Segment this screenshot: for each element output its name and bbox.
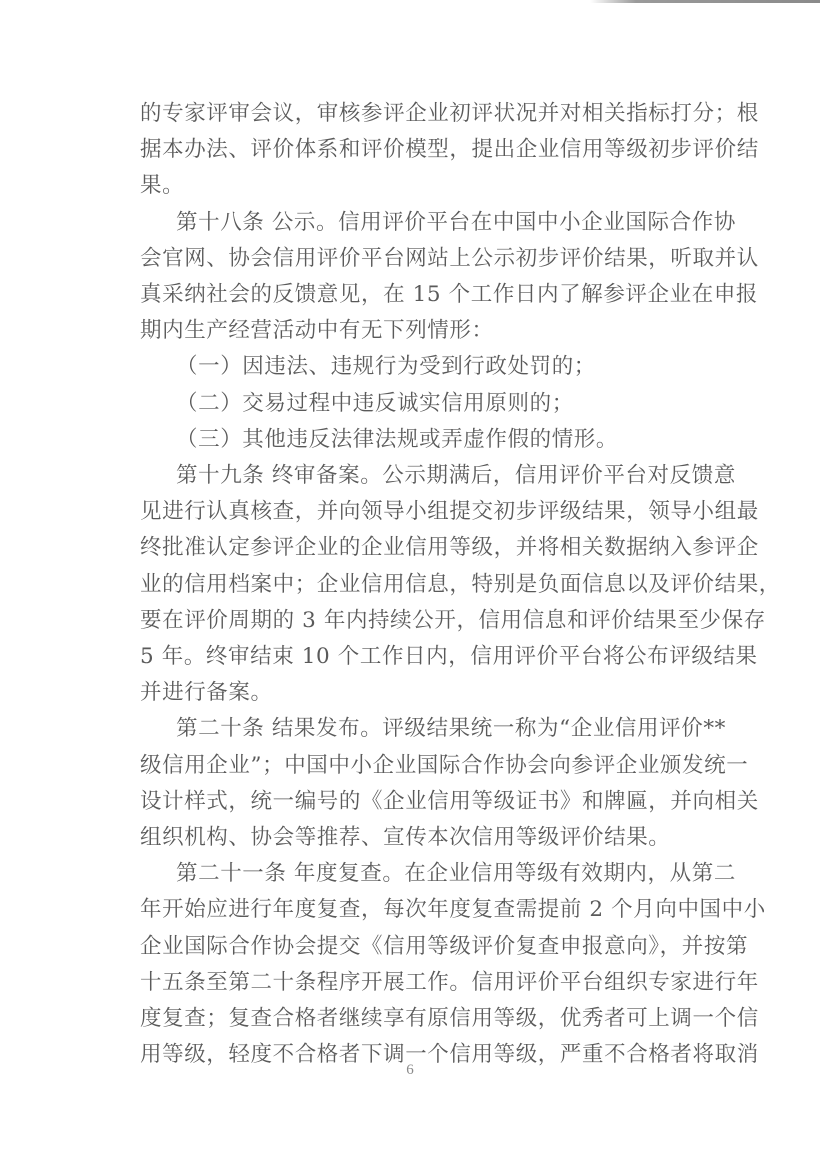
list-item-1: （一）因违法、违规行为受到行政处罚的； — [140, 349, 706, 385]
document-page: 的专家评审会议，审核参评企业初评状况并对相关指标打分；根 据本办法、评价体系和评… — [140, 96, 706, 1073]
paragraph-article-18: 第十八条 公示。信用评价平台在中国中小企业国际合作协 会官网、协会信用评价平台网… — [140, 205, 706, 350]
text-line: 十五条至第二十条程序开展工作。信用评价平台组织专家进行年 — [140, 965, 706, 1001]
text-line: 第十九条 终审备案。公示期满后，信用评价平台对反馈意 — [140, 458, 706, 494]
text-line: 果。 — [140, 168, 706, 204]
text-line: 年开始应进行年度复查，每次年度复查需提前 2 个月向中国中小 — [140, 892, 706, 928]
text-line: 见进行认真核查，并向领导小组提交初步评级结果，领导小组最 — [140, 494, 706, 530]
text-line: 级信用企业”；中国中小企业国际合作协会向参评企业颁发统一 — [140, 748, 706, 784]
text-line: 终批准认定参评企业的企业信用等级，并将相关数据纳入参评企 — [140, 530, 706, 566]
text-line: 据本办法、评价体系和评价模型，提出企业信用等级初步评价结 — [140, 132, 706, 168]
list-item-2: （二）交易过程中违反诚实信用原则的； — [140, 386, 706, 422]
page-number: 6 — [0, 1062, 820, 1079]
paragraph-article-20: 第二十条 结果发布。评级结果统一称为“企业信用评价** 级信用企业”；中国中小企… — [140, 711, 706, 856]
text-line: 企业国际合作协会提交《信用等级评价复查申报意向》，并按第 — [140, 929, 706, 965]
text-line: 第十八条 公示。信用评价平台在中国中小企业国际合作协 — [140, 205, 706, 241]
text-line: 并进行备案。 — [140, 675, 706, 711]
paragraph-article-17-continued: 的专家评审会议，审核参评企业初评状况并对相关指标打分；根 据本办法、评价体系和评… — [140, 96, 706, 205]
text-line: （一）因违法、违规行为受到行政处罚的； — [176, 349, 706, 385]
paragraph-article-19: 第十九条 终审备案。公示期满后，信用评价平台对反馈意 见进行认真核查，并向领导小… — [140, 458, 706, 711]
text-line: 期内生产经营活动中有无下列情形： — [140, 313, 706, 349]
text-line: 的专家评审会议，审核参评企业初评状况并对相关指标打分；根 — [140, 96, 706, 132]
text-line: 要在评价周期的 3 年内持续公开，信用信息和评价结果至少保存 — [140, 603, 706, 639]
scan-edge-shadow — [590, 0, 820, 3]
text-line: 真采纳社会的反馈意见，在 15 个工作日内了解参评企业在申报 — [140, 277, 706, 313]
text-line: 第二十条 结果发布。评级结果统一称为“企业信用评价** — [140, 711, 706, 747]
text-line: 业的信用档案中；企业信用信息，特别是负面信息以及评价结果， — [140, 567, 706, 603]
text-line: 组织机构、协会等推荐、宣传本次信用等级评价结果。 — [140, 820, 706, 856]
text-line: 会官网、协会信用评价平台网站上公示初步评价结果，听取并认 — [140, 241, 706, 277]
text-line: 设计样式，统一编号的《企业信用等级证书》和牌匾，并向相关 — [140, 784, 706, 820]
paragraph-article-21: 第二十一条 年度复查。在企业信用等级有效期内，从第二 年开始应进行年度复查，每次… — [140, 856, 706, 1073]
list-item-3: （三）其他违反法律法规或弄虚作假的情形。 — [140, 422, 706, 458]
text-line: （三）其他违反法律法规或弄虚作假的情形。 — [176, 422, 706, 458]
text-line: 第二十一条 年度复查。在企业信用等级有效期内，从第二 — [140, 856, 706, 892]
text-line: 度复查；复查合格者继续享有原信用等级，优秀者可上调一个信 — [140, 1001, 706, 1037]
text-line: （二）交易过程中违反诚实信用原则的； — [176, 386, 706, 422]
text-line: 5 年。终审结束 10 个工作日内，信用评价平台将公布评级结果 — [140, 639, 706, 675]
